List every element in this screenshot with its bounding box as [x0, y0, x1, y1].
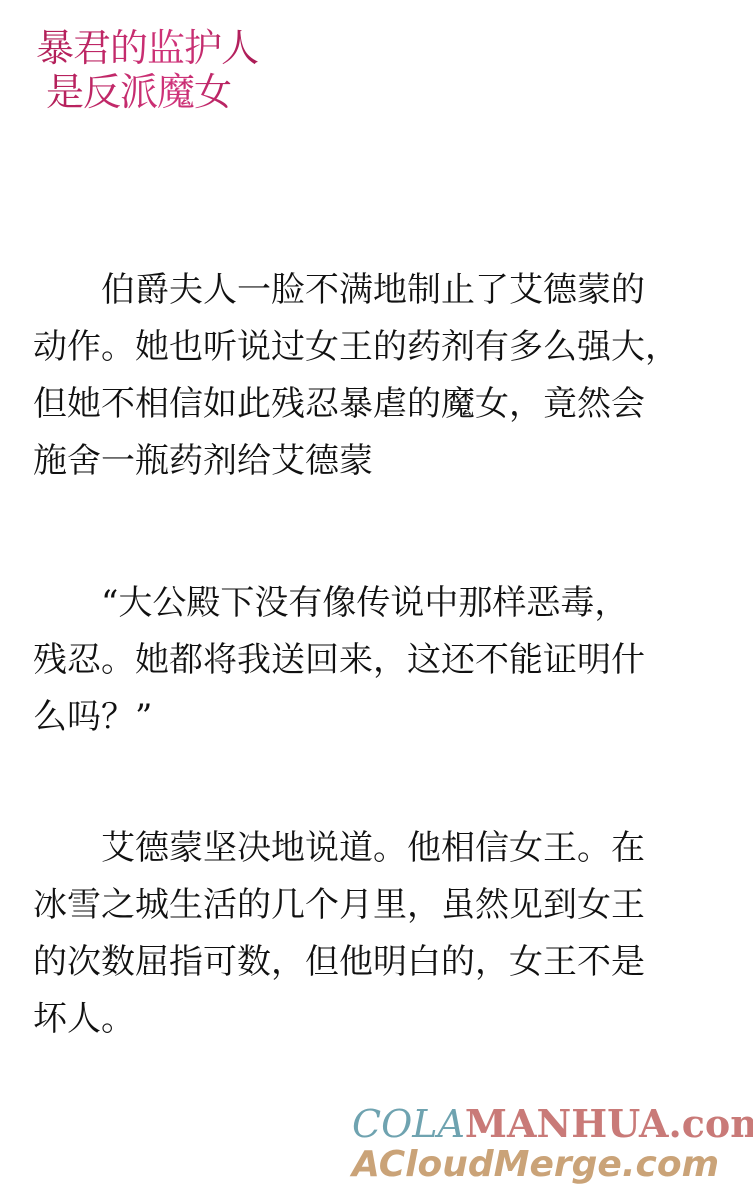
logo-line-2: 是反派魔女 — [36, 70, 266, 114]
text-line: 艾德蒙坚决地说道。他相信女王。在 — [33, 820, 723, 877]
watermark-manhua: MANHUA.com — [465, 1101, 753, 1146]
text-line: 么吗？” — [33, 689, 723, 746]
text-line: 动作。她也听说过女王的药剂有多么强大， — [33, 319, 723, 376]
logo-line-1: 暴君的监护人 — [36, 26, 266, 70]
comic-title-logo: 暴君的监护人 是反派魔女 — [36, 26, 266, 114]
watermark-line-2: ACloudMerge.com — [352, 1144, 752, 1186]
text-line: “大公殿下没有像传说中那样恶毒， — [33, 575, 723, 632]
watermark: COLAMANHUA.com ACloudMerge.com — [352, 1104, 752, 1186]
text-line: 的次数屈指可数，但他明白的，女王不是 — [33, 934, 723, 991]
text-line: 但她不相信如此残忍暴虐的魔女，竟然会 — [33, 376, 723, 433]
paragraph-2: “大公殿下没有像传说中那样恶毒， 残忍。她都将我送回来，这还不能证明什 么吗？” — [33, 575, 723, 746]
text-line: 伯爵夫人一脸不满地制止了艾德蒙的 — [33, 262, 723, 319]
text-line: 坏人。 — [33, 991, 723, 1048]
paragraph-1: 伯爵夫人一脸不满地制止了艾德蒙的 动作。她也听说过女王的药剂有多么强大， 但她不… — [33, 262, 723, 490]
text-line: 冰雪之城生活的几个月里，虽然见到女王 — [33, 877, 723, 934]
text-line: 残忍。她都将我送回来，这还不能证明什 — [33, 632, 723, 689]
paragraph-3: 艾德蒙坚决地说道。他相信女王。在 冰雪之城生活的几个月里，虽然见到女王 的次数屈… — [33, 820, 723, 1048]
watermark-cola: COLA — [352, 1102, 465, 1146]
watermark-line-1: COLAMANHUA.com — [352, 1104, 752, 1144]
text-line: 施舍一瓶药剂给艾德蒙 — [33, 433, 723, 490]
